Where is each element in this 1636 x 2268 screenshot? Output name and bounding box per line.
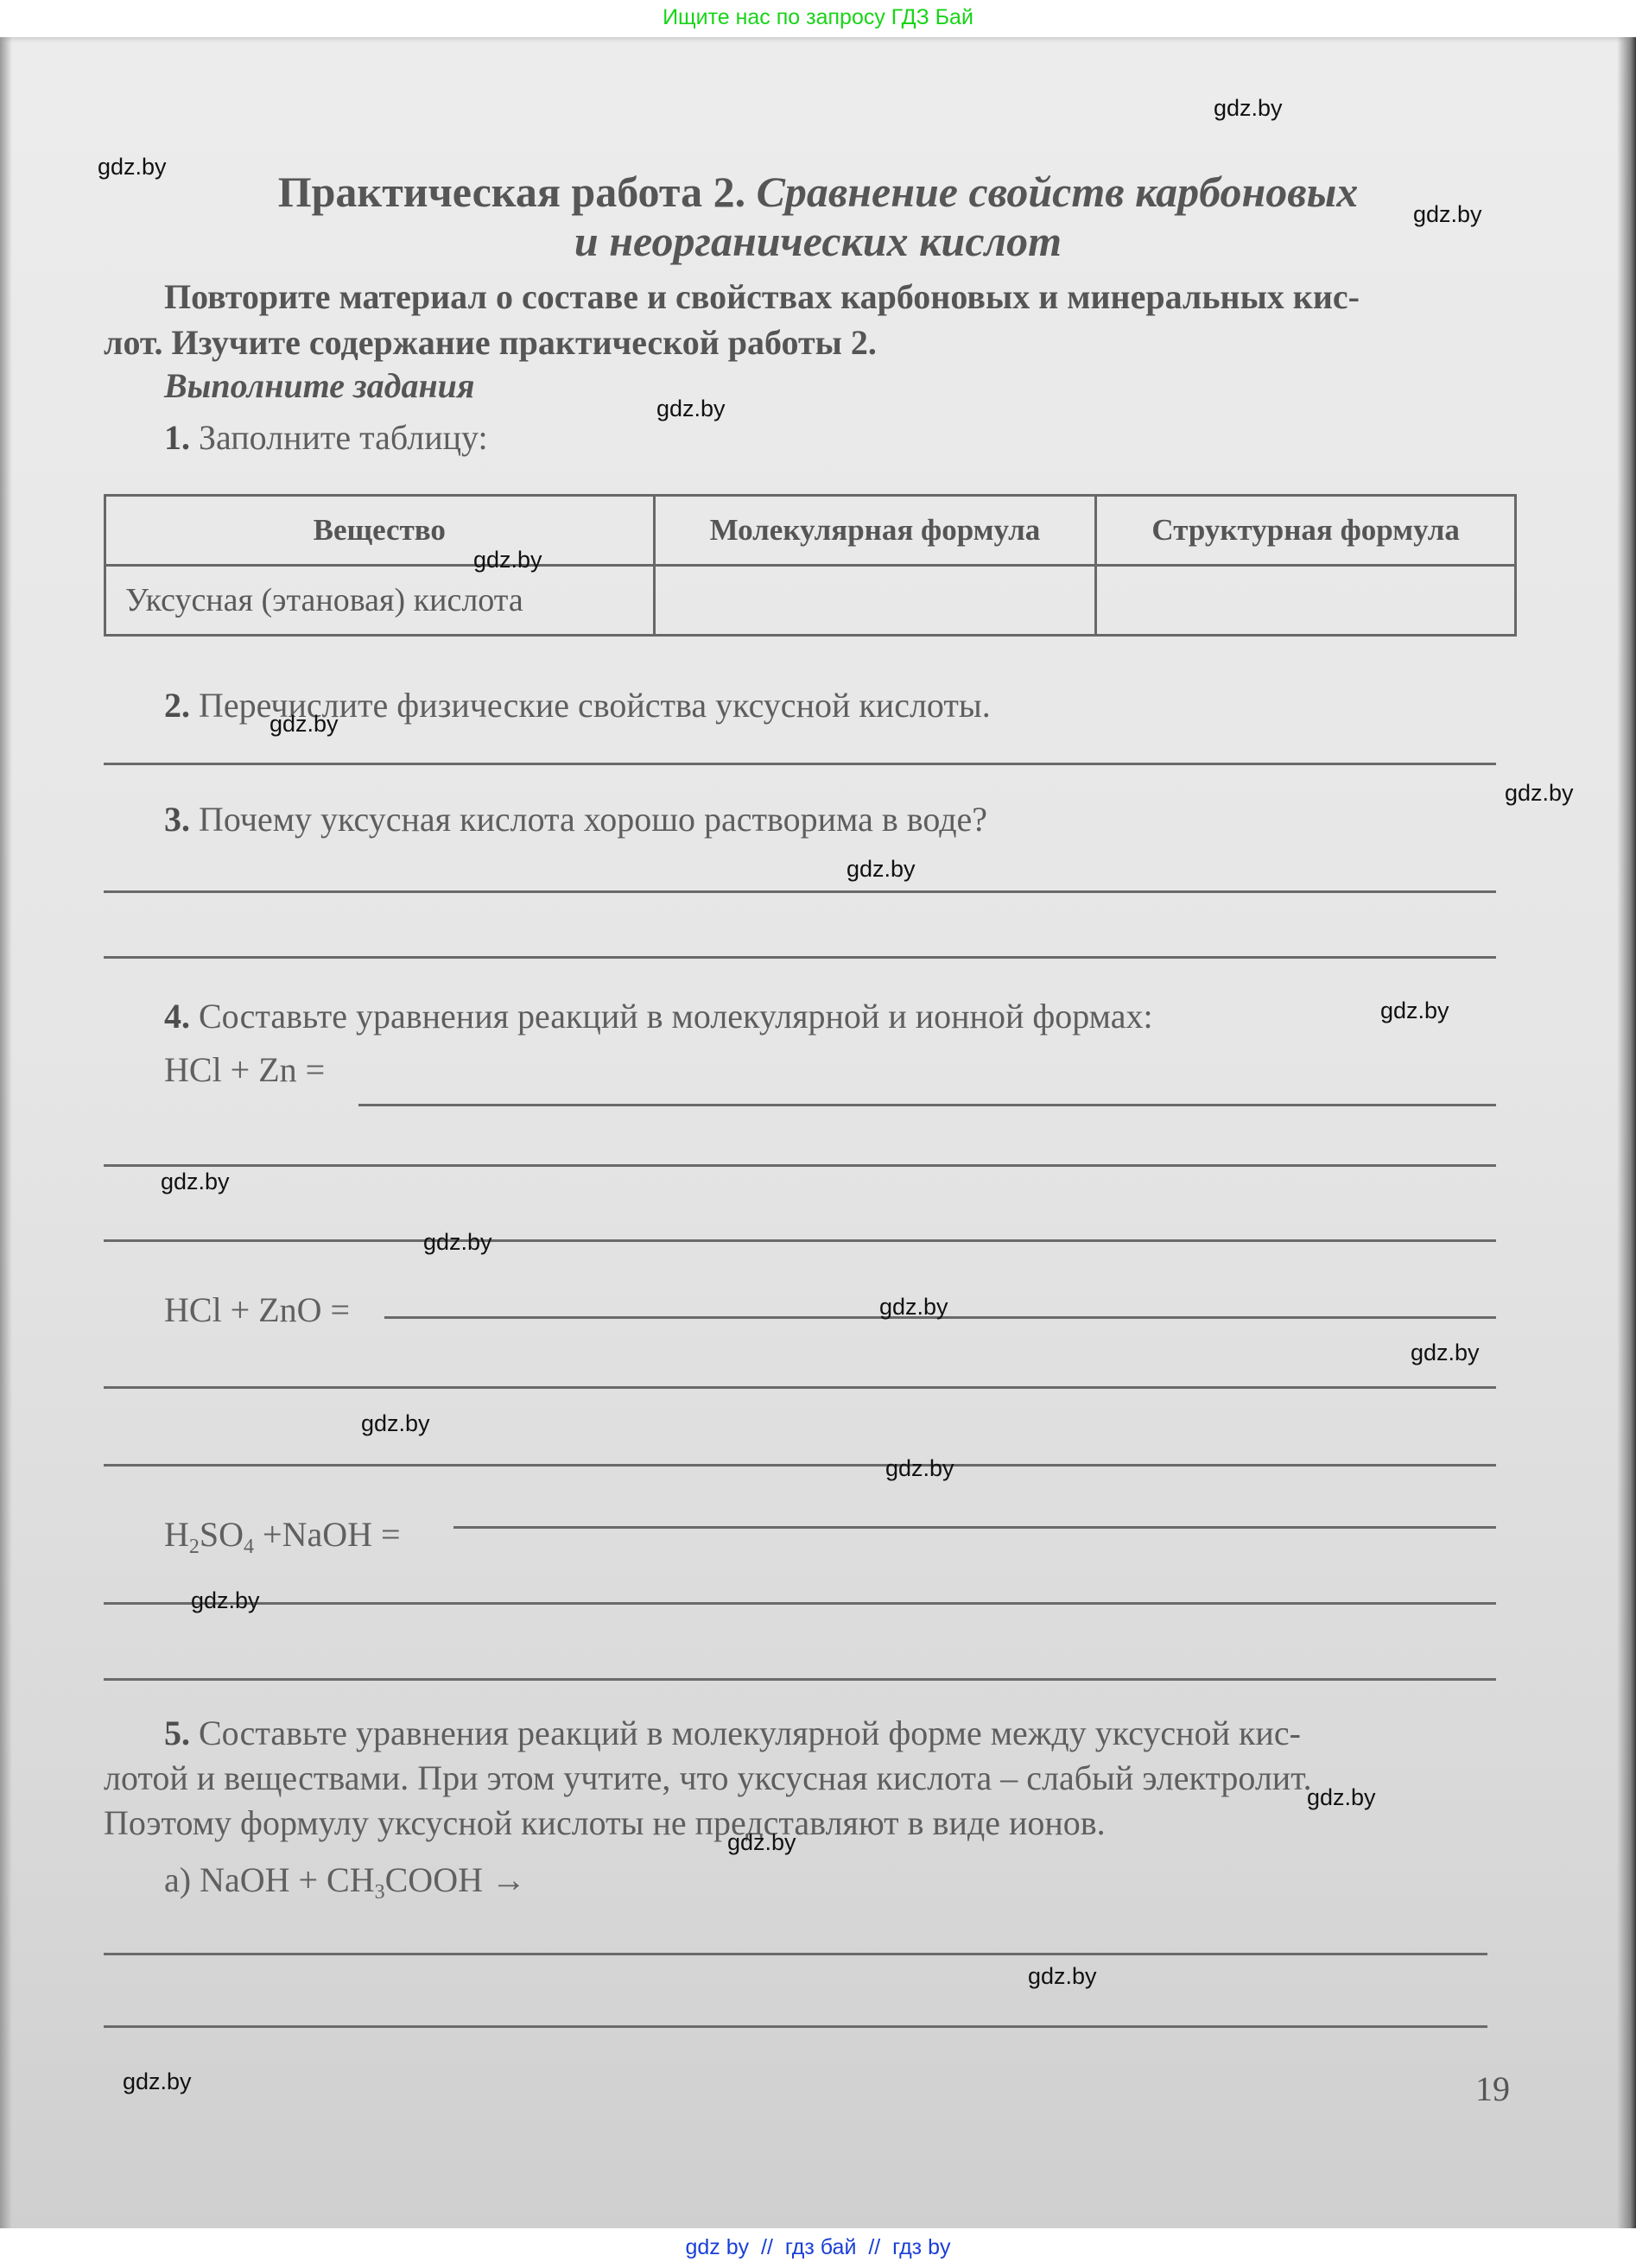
question-5-line1: 5. Составьте уравнения реакций в молекул… [164,1713,1301,1753]
eq-part: H [164,1515,189,1554]
question-number: 2. [164,686,190,725]
eq-subscript: 4 [244,1536,254,1558]
question-number: 4. [164,997,190,1036]
question-text: Заполните таблицу: [190,418,488,457]
watermark: gdz.by [885,1455,954,1482]
question-3: 3. Почему уксусная кислота хорошо раство… [164,799,987,839]
equation-h2so4-naoh: H2SO4 +NaOH = [164,1514,401,1555]
watermark: gdz.by [1380,998,1449,1024]
eq-subscript: 3 [375,1881,385,1904]
top-banner[interactable]: Ищите нас по запросу ГДЗ Бай [0,0,1636,37]
watermark: gdz.by [1411,1340,1480,1366]
answer-line[interactable] [104,763,1496,765]
title-italic-line2: и неорганических кислот [574,217,1062,265]
watermark: gdz.by [161,1169,230,1195]
watermark: gdz.by [1214,95,1283,122]
answer-line[interactable] [453,1526,1496,1529]
answer-line[interactable] [104,1464,1496,1467]
cell-substance: Уксусная (этановая) кислота [105,566,655,636]
eq-subscript: 2 [189,1536,200,1558]
watermark: gdz.by [1307,1784,1376,1811]
answer-line[interactable] [104,1953,1487,1955]
page-number: 19 [1475,2068,1510,2109]
question-text: Составьте уравнения реакций в молекулярн… [190,1714,1301,1752]
equation-naoh-ch3cooh: а) NaOH + CH3COOH → [164,1859,526,1900]
question-number: 5. [164,1714,190,1752]
answer-line[interactable] [358,1104,1496,1106]
question-number: 3. [164,800,190,839]
header-substance: Вещество [105,496,655,566]
question-text: Почему уксусная кислота хорошо растворим… [190,800,987,839]
watermark: gdz.by [847,856,916,883]
answer-line[interactable] [104,2025,1487,2028]
question-number: 1. [164,418,190,457]
question-text: Составьте уравнения реакций в молекулярн… [190,997,1153,1036]
watermark: gdz.by [879,1294,948,1321]
intro-line2: лот. Изучите содержание практической раб… [104,322,877,363]
equation-hcl-zn: HCl + Zn = [164,1049,325,1090]
watermark: gdz.by [727,1829,796,1856]
title-italic-line1: Сравнение свойств карбоновых [757,168,1359,216]
eq-part: COOH → [385,1860,526,1899]
watermark: gdz.by [123,2068,192,2095]
table-header-row: Вещество Молекулярная формула Структурна… [105,496,1516,566]
answer-line[interactable] [104,956,1496,959]
title-prefix: Практическая работа 2. [278,168,757,216]
watermark: gdz.by [473,547,542,573]
workbook-page: Практическая работа 2. Сравнение свойств… [0,37,1636,2228]
watermark: gdz.by [1413,201,1482,228]
answer-line[interactable] [104,1239,1496,1242]
answer-line[interactable] [104,890,1496,893]
answer-line[interactable] [104,1386,1496,1389]
watermark: gdz.by [98,154,167,181]
header-molecular-formula: Молекулярная формула [654,496,1096,566]
equation-hcl-zno: HCl + ZnO = [164,1289,350,1330]
question-1: 1. Заполните таблицу: [164,417,488,458]
bottom-banner[interactable]: gdz by // гдз бай // гдз by [0,2228,1636,2268]
watermark: gdz.by [656,396,726,422]
header-structural-formula: Структурная формула [1096,496,1516,566]
watermark: gdz.by [1028,1963,1097,1990]
eq-part: SO [200,1515,244,1554]
cell-molecular-formula-answer[interactable] [654,566,1096,636]
watermark: gdz.by [361,1410,430,1437]
cell-structural-formula-answer[interactable] [1096,566,1516,636]
substance-table: Вещество Молекулярная формула Структурна… [104,494,1517,637]
intro-line1: Повторите материал о составе и свойствах… [164,276,1360,317]
watermark: gdz.by [1505,780,1574,807]
tasks-heading: Выполните задания [164,365,475,406]
table-row: Уксусная (этановая) кислота [105,566,1516,636]
eq-part: а) NaOH + CH [164,1860,375,1899]
question-5-line3: Поэтому формулу уксусной кислоты не пред… [104,1802,1106,1843]
question-5-line2: лотой и веществами. При этом учтите, что… [104,1758,1312,1798]
page-title-line2: и неорганических кислот [0,216,1636,266]
watermark: gdz.by [423,1229,492,1256]
watermark: gdz.by [191,1587,260,1614]
question-4: 4. Составьте уравнения реакций в молекул… [164,996,1153,1036]
eq-part: +NaOH = [254,1515,401,1554]
answer-line[interactable] [104,1602,1496,1605]
watermark: gdz.by [269,711,339,738]
answer-line[interactable] [104,1678,1496,1681]
answer-line[interactable] [104,1164,1496,1167]
page-title: Практическая работа 2. Сравнение свойств… [0,167,1636,217]
